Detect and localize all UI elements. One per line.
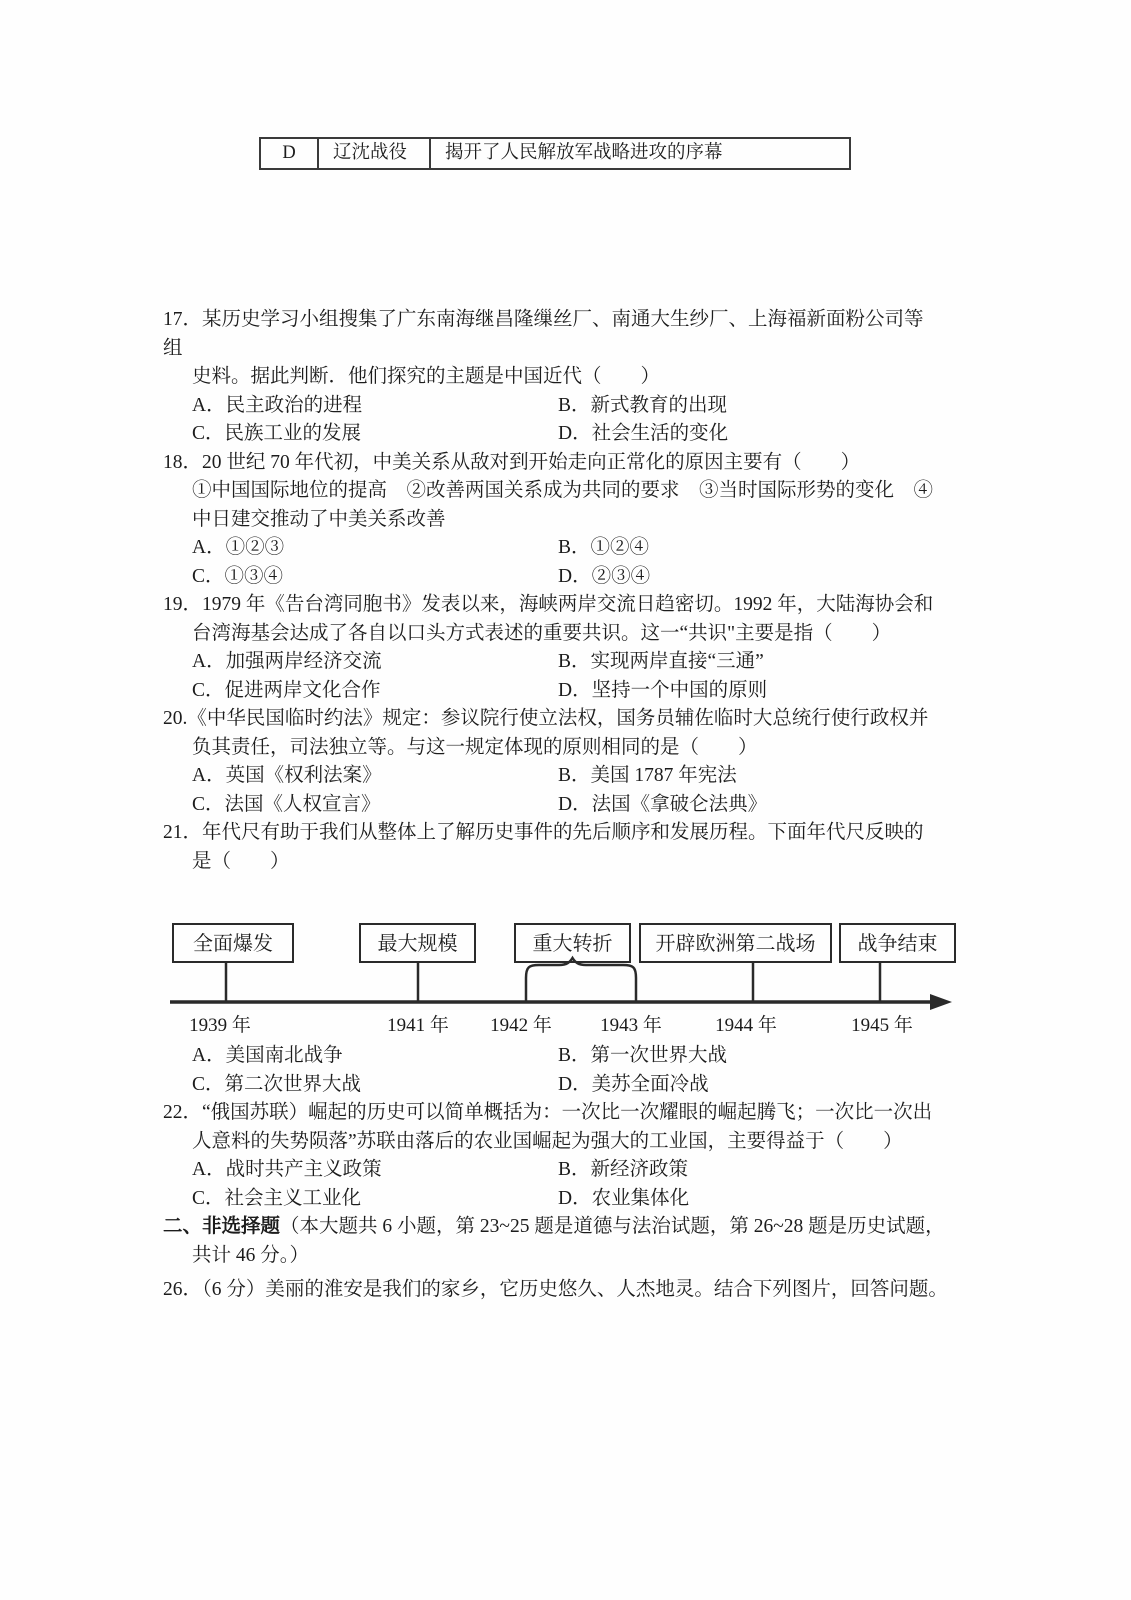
question-line: 18．20 世纪 70 年代初，中美关系从敌对到开始走向正常化的原因主要有（ ）: [163, 449, 993, 478]
option-row: A．加强两岸经济交流 B．实现两岸直接“三通”: [163, 648, 993, 677]
option-a: A．①②③: [163, 534, 558, 563]
option-b: B．①②④: [558, 534, 649, 563]
question-19: 19．1979 年《告台湾同胞书》发表以来，海峡两岸交流日趋密切。1992 年，…: [163, 591, 993, 705]
option-row: C．社会主义工业化 D．农业集体化: [163, 1185, 993, 1214]
question-line: 26．（6 分）美丽的淮安是我们的家乡，它历史悠久、人杰地灵。结合下列图片，回答…: [163, 1276, 993, 1305]
option-d: D．美苏全面冷战: [558, 1071, 709, 1100]
option-d: D．法国《拿破仑法典》: [558, 791, 767, 820]
timeline-diagram: 全面爆发 最大规模 重大转折 开辟欧洲第二战场 战争结束 1939 年 1941…: [168, 888, 963, 1038]
timeline-year-label: 1944 年: [715, 1014, 777, 1036]
option-c: C．①③④: [163, 563, 558, 592]
option-a: A．民主政治的进程: [163, 392, 558, 421]
option-c: C．第二次世界大战: [163, 1071, 558, 1100]
question-line: 是（ ）: [163, 848, 993, 877]
arrowhead-icon: [930, 994, 952, 1010]
option-b: B．实现两岸直接“三通”: [558, 648, 764, 677]
option-row: A．民主政治的进程 B．新式教育的出现: [163, 392, 993, 421]
answer-table-row: D 辽沈战役 揭开了人民解放军战略进攻的序幕: [259, 137, 851, 170]
section-header: 二、非选择题（本大题共 6 小题，第 23~25 题是道德与法治试题，第 26~…: [163, 1213, 993, 1270]
question-20: 20.《中华民国临时约法》规定：参议院行使立法权，国务员辅佐临时大总统行使行政权…: [163, 705, 993, 819]
option-b: B．新经济政策: [558, 1156, 688, 1185]
option-c: C．促进两岸文化合作: [163, 677, 558, 706]
question-line: 20.《中华民国临时约法》规定：参议院行使立法权，国务员辅佐临时大总统行使行政权…: [163, 705, 993, 734]
question-line: 史料。据此判断．他们探究的主题是中国近代（ ）: [163, 363, 993, 392]
question-17: 17．某历史学习小组搜集了广东南海继昌隆缫丝厂、南通大生纱厂、上海福新面粉公司等…: [163, 306, 993, 449]
option-a: A．加强两岸经济交流: [163, 648, 558, 677]
option-row: A．英国《权利法案》 B．美国 1787 年宪法: [163, 762, 993, 791]
question-line: ①中国国际地位的提高 ②改善两国关系成为共同的要求 ③当时国际形势的变化 ④: [163, 477, 993, 506]
question-line: 17．某历史学习小组搜集了广东南海继昌隆缫丝厂、南通大生纱厂、上海福新面粉公司等: [163, 306, 993, 335]
question-21: 21．年代尺有助于我们从整体上了解历史事件的先后顺序和发展历程。下面年代尺反映的…: [163, 819, 993, 1099]
question-line: 22．“俄国苏联）崛起的历史可以简单概括为：一次比一次耀眼的崛起腾飞；一次比一次…: [163, 1099, 993, 1128]
timeline-year-label: 1942 年: [490, 1014, 552, 1036]
question-list: 17．某历史学习小组搜集了广东南海继昌隆缫丝厂、南通大生纱厂、上海福新面粉公司等…: [163, 306, 993, 1305]
question-line: 人意料的失势陨落”苏联由落后的农业国崛起为强大的工业国，主要得益于（ ）: [163, 1128, 993, 1157]
option-row: C．法国《人权宣言》 D．法国《拿破仑法典》: [163, 791, 993, 820]
option-row: C．民族工业的发展 D．社会生活的变化: [163, 420, 993, 449]
timeline-event-label: 重大转折: [533, 932, 613, 955]
option-row: C．促进两岸文化合作 D．坚持一个中国的原则: [163, 677, 993, 706]
table-cell-letter: D: [261, 139, 317, 168]
question-line: 负其责任，司法独立等。与这一规定体现的原则相同的是（ ）: [163, 734, 993, 763]
timeline-event-label: 开辟欧洲第二战场: [656, 932, 816, 955]
option-row: A．战时共产主义政策 B．新经济政策: [163, 1156, 993, 1185]
option-d: D．农业集体化: [558, 1185, 689, 1214]
timeline-year-label: 1945 年: [851, 1014, 913, 1036]
question-line: 19．1979 年《告台湾同胞书》发表以来，海峡两岸交流日趋密切。1992 年，…: [163, 591, 993, 620]
option-a: A．英国《权利法案》: [163, 762, 558, 791]
option-row: C．第二次世界大战 D．美苏全面冷战: [163, 1071, 993, 1100]
option-b: B．新式教育的出现: [558, 392, 727, 421]
question-22: 22．“俄国苏联）崛起的历史可以简单概括为：一次比一次耀眼的崛起腾飞；一次比一次…: [163, 1099, 993, 1213]
section-header-line: 共计 46 分。）: [163, 1242, 993, 1271]
option-d: D．社会生活的变化: [558, 420, 728, 449]
option-b: B．美国 1787 年宪法: [558, 762, 737, 791]
timeline-year-label: 1943 年: [600, 1014, 662, 1036]
timeline-event-label: 全面爆发: [193, 932, 273, 955]
timeline-year-label: 1939 年: [189, 1014, 251, 1036]
section-subtitle: （本大题共 6 小题，第 23~25 题是道德与法治试题，第 26~28 题是历…: [280, 1216, 945, 1237]
table-cell-event: 辽沈战役: [317, 139, 429, 168]
option-b: B．第一次世界大战: [558, 1042, 727, 1071]
question-18: 18．20 世纪 70 年代初，中美关系从敌对到开始走向正常化的原因主要有（ ）…: [163, 449, 993, 592]
option-d: D．②③④: [558, 563, 650, 592]
timeline-year-label: 1941 年: [387, 1014, 449, 1036]
table-cell-description: 揭开了人民解放军战略进攻的序幕: [429, 139, 849, 168]
section-title: 二、非选择题: [163, 1216, 280, 1237]
option-row: C．①③④ D．②③④: [163, 563, 993, 592]
question-26: 26．（6 分）美丽的淮安是我们的家乡，它历史悠久、人杰地灵。结合下列图片，回答…: [163, 1276, 993, 1305]
option-row: A．美国南北战争 B．第一次世界大战: [163, 1042, 993, 1071]
timeline-figure: 全面爆发 最大规模 重大转折 开辟欧洲第二战场 战争结束 1939 年 1941…: [168, 888, 993, 1038]
question-line: 台湾海基会达成了各自以口头方式表述的重要共识。这一“共识"主要是指（ ）: [163, 620, 993, 649]
question-line: 中日建交推动了中美关系改善: [163, 506, 993, 535]
option-a: A．战时共产主义政策: [163, 1156, 558, 1185]
option-d: D．坚持一个中国的原则: [558, 677, 767, 706]
exam-page: D 辽沈战役 揭开了人民解放军战略进攻的序幕 17．某历史学习小组搜集了广东南海…: [0, 0, 1131, 1600]
option-a: A．美国南北战争: [163, 1042, 558, 1071]
timeline-event-label: 最大规模: [378, 932, 458, 955]
option-c: C．社会主义工业化: [163, 1185, 558, 1214]
section-header-line: 二、非选择题（本大题共 6 小题，第 23~25 题是道德与法治试题，第 26~…: [163, 1213, 993, 1242]
question-line: 组: [163, 335, 993, 364]
question-line: 21．年代尺有助于我们从整体上了解历史事件的先后顺序和发展历程。下面年代尺反映的: [163, 819, 993, 848]
option-c: C．法国《人权宣言》: [163, 791, 558, 820]
option-c: C．民族工业的发展: [163, 420, 558, 449]
timeline-event-label: 战争结束: [858, 932, 938, 955]
option-row: A．①②③ B．①②④: [163, 534, 993, 563]
